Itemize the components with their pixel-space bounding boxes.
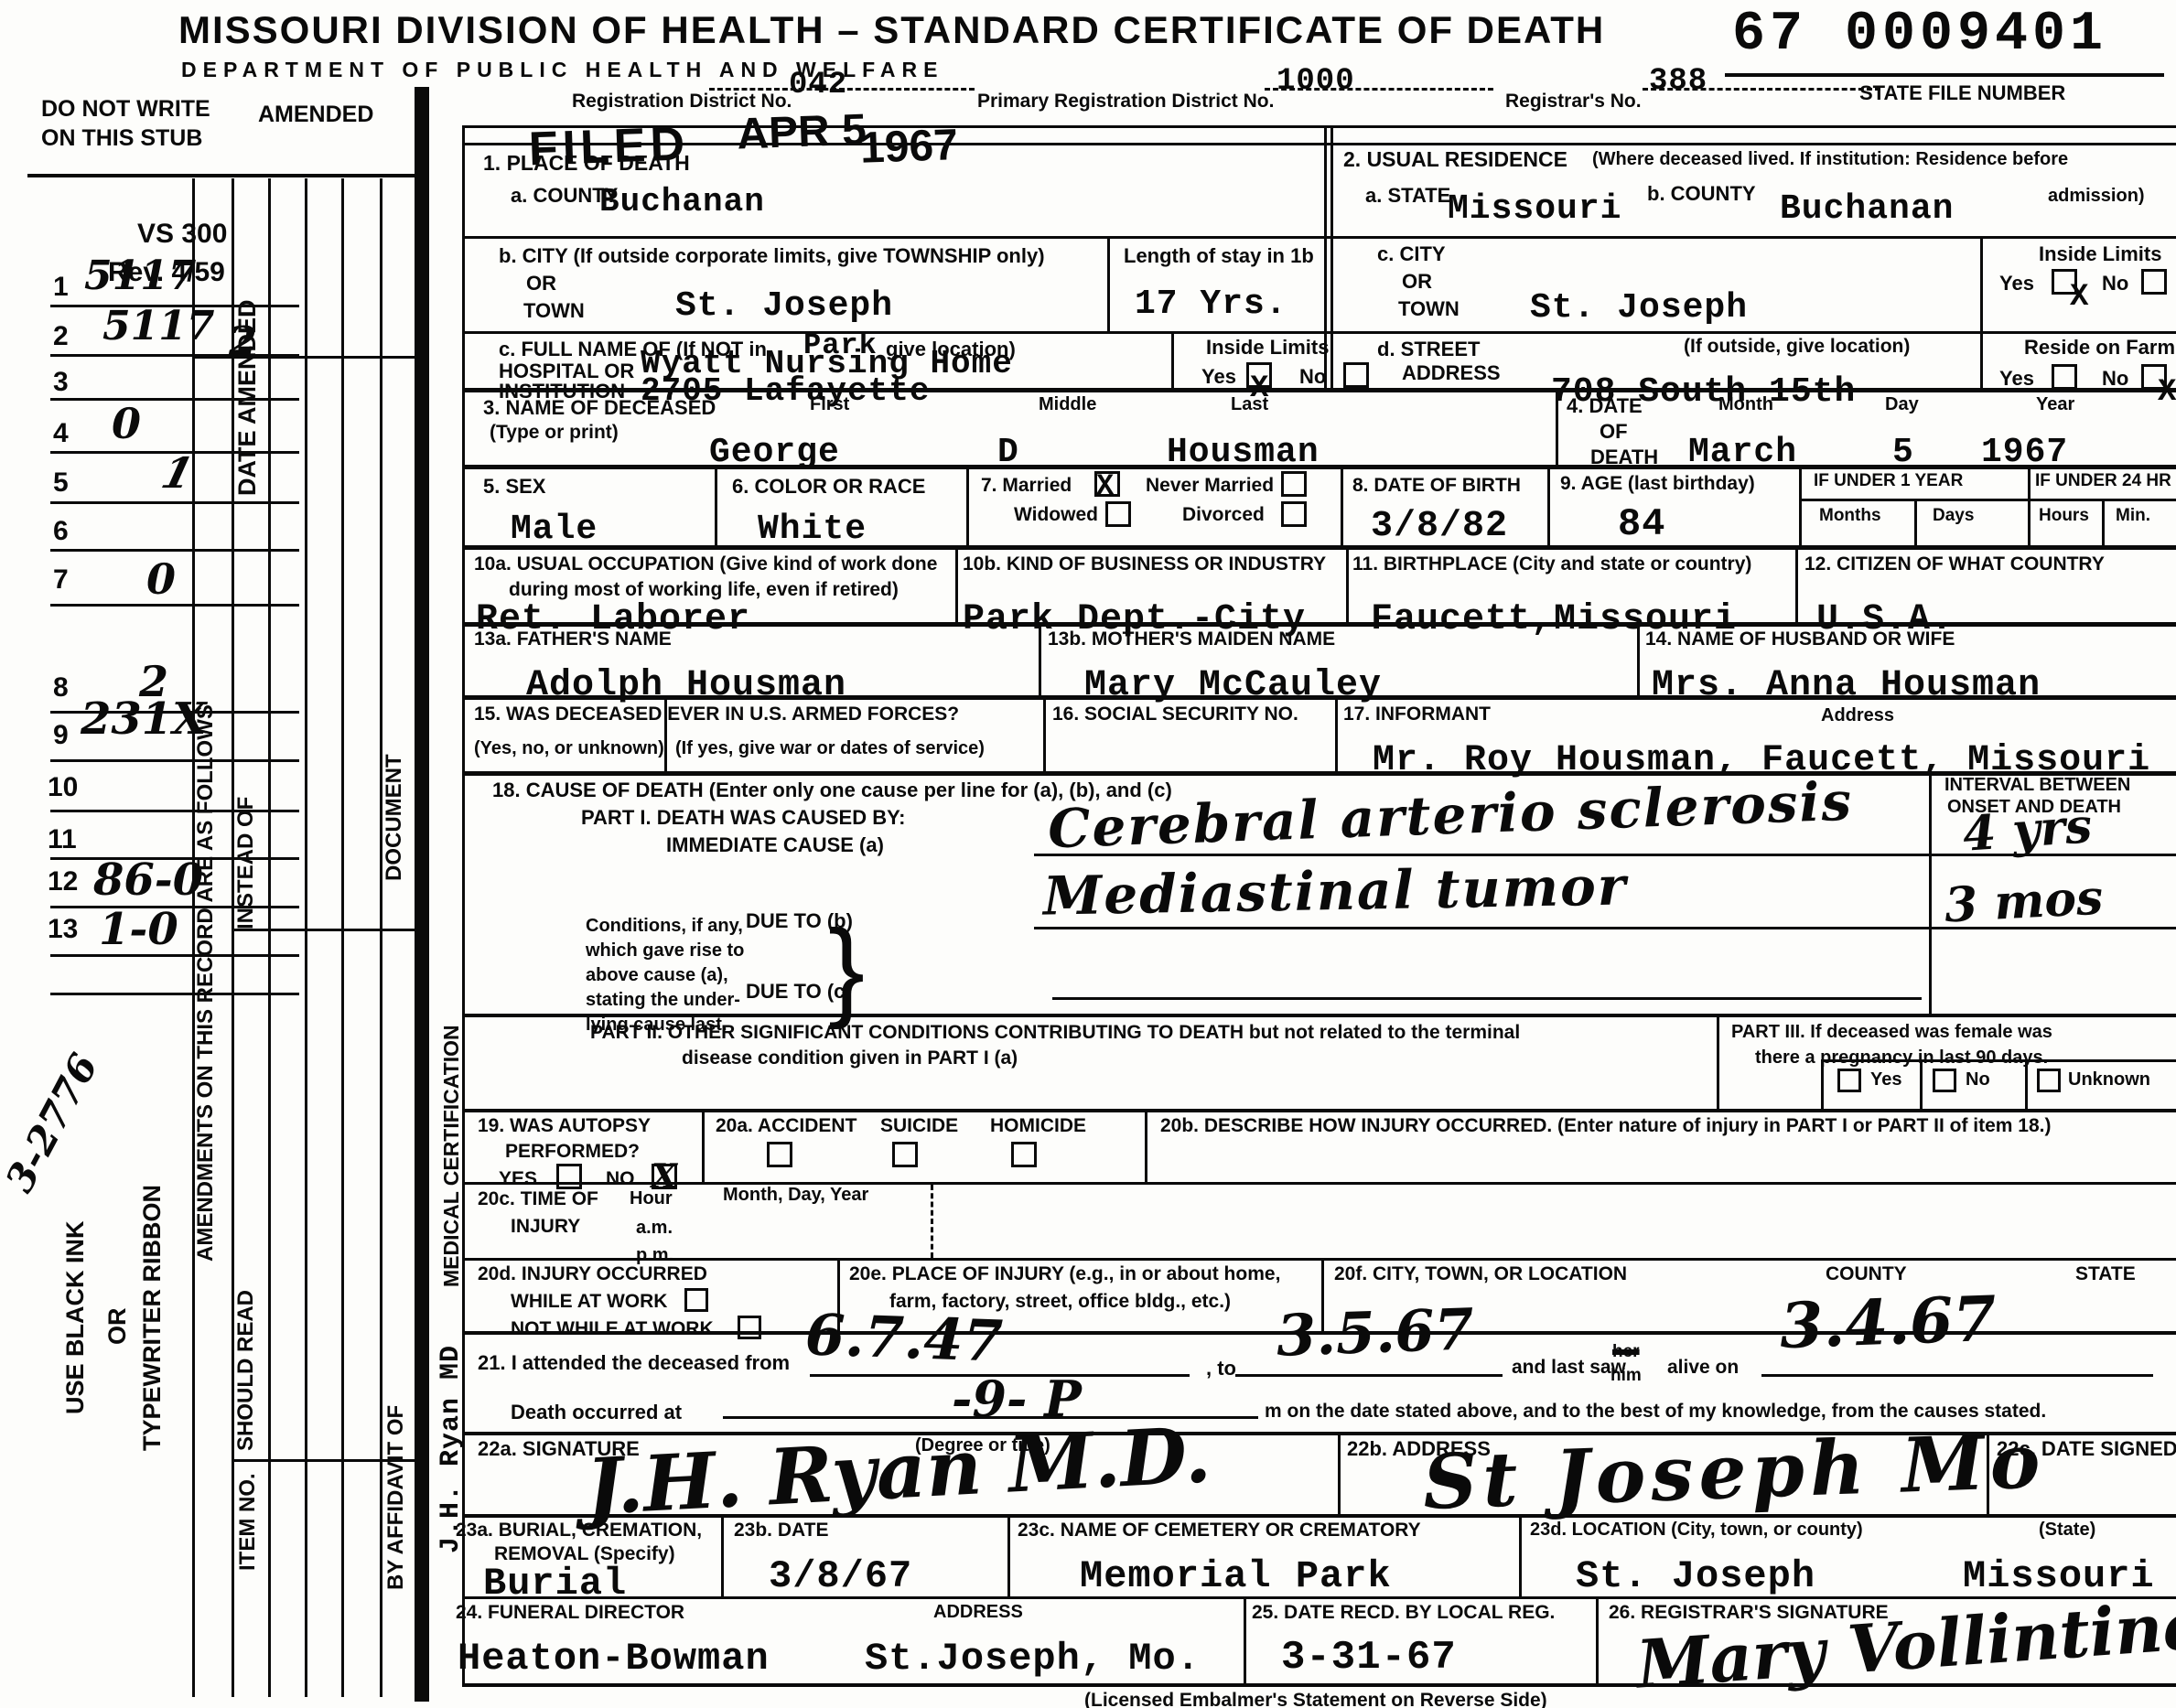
field-15-hint-a: (Yes, no, or unknown) [474,739,664,759]
stub-row-num: 3 [53,368,69,397]
rule [1519,1518,1522,1596]
field-2d-label: d. STREET [1377,338,1480,360]
rule [1929,773,1932,1015]
field-2a-label: a. STATE [1365,185,1450,207]
rule [27,174,419,177]
document-label: DOCUMENT [382,750,414,886]
rule [1338,1435,1341,1514]
conditions-note-2: which gave rise to [586,941,744,961]
checkbox-accident [767,1142,792,1167]
field-16-label: 16. SOCIAL SECURITY NO. [1052,704,1298,725]
checkbox-not-while-at-work [738,1316,761,1339]
rule [1795,547,1798,624]
hours-label: Hours [2039,507,2089,526]
attended-to-value: 3.5.67 [1276,1301,1475,1364]
checkbox-pregnancy-yes [1837,1069,1861,1092]
stub-row-num: 10 [48,773,78,802]
pregnancy-yes-label: Yes [1870,1070,1901,1090]
rule [462,236,2176,239]
rule [1107,236,1110,333]
filed-stamp-date: APR 5 [737,107,867,159]
field-23b-label: 23b. DATE [734,1520,828,1541]
inside-limits-1c-label: Inside Limits [1206,337,1329,359]
rule [341,178,344,1697]
field-2d-hint: (If outside, give location) [1684,337,1910,358]
inside-limits-2c-no: No [2102,273,2128,295]
field-20c-label: 20c. TIME OF [478,1189,598,1210]
rule [1341,467,1343,547]
rule [1171,331,1174,390]
medical-certification-label: MEDICAL CERTIFICATION [440,1004,471,1308]
field-20d-label: 20d. INJURY OCCURRED [478,1264,707,1285]
field-20f-county: COUNTY [1826,1264,1907,1285]
field-2-hint1: (Where deceased lived. If institution: R… [1592,150,2068,170]
under-24-hr-label: IF UNDER 24 HR [2035,472,2171,491]
stub-row-num: 6 [53,517,69,546]
field-3-last: Last [1231,395,1268,415]
rule [1547,467,1550,547]
burial-value: Burial [483,1564,627,1603]
field-2c-or: OR [1402,271,1432,293]
field-4-of: OF [1600,421,1628,443]
immediate-cause-label: IMMEDIATE CAUSE (a) [666,834,884,856]
form-code: VS 300 [137,220,227,249]
field-19-label: 19. WAS AUTOPSY [478,1116,651,1137]
inside-limits-2c-label: Inside Limits [2039,243,2161,265]
cause-b-handwriting: Mediastinal tumor [1043,859,1628,922]
field-23a-label: 23a. BURIAL, CREMATION, [456,1520,702,1541]
field-2b-value: Buchanan [1780,192,1954,227]
reside-on-farm-label: Reside on Farm [2024,337,2175,359]
field-1b-or: OR [526,273,556,295]
rule [462,1109,2176,1112]
deceased-first-name: George [709,435,840,470]
rule [1596,1599,1599,1683]
field-20e-label: 20e. PLACE OF INJURY (e.g., in or about … [849,1264,1280,1285]
rule [50,759,299,762]
state-file-number: 67 0009401 [1732,7,2107,62]
interval-b-handwriting: 3 mos [1944,875,2105,930]
rule [1043,697,1046,771]
part3-label-1: PART III. If deceased was female was [1731,1023,2052,1043]
rule [462,143,2176,145]
birth-date-value: 3/8/82 [1371,509,1508,545]
autopsy-yes-label: YES [499,1169,537,1190]
field-3-middle: Middle [1039,395,1096,415]
length-of-stay-label: Length of stay in 1b [1124,245,1314,267]
stub-row-num: 12 [48,867,78,897]
field-2c-value: St. Joseph [1530,291,1748,326]
checkbox-farm-yes [2052,364,2077,390]
field-9-label: 9. AGE (last birthday) [1560,474,1755,495]
field-1b-value: St. Joseph [675,289,893,324]
physician-address-handwriting: St Joseph Mo [1422,1423,2047,1520]
funeral-director-address-value: St.Joseph, Mo. [865,1639,1201,1678]
primary-district-value: 1000 [1277,66,1355,97]
field-21-text-b: , to [1206,1358,1236,1380]
field-21-text-e: Death occurred at [511,1402,682,1423]
checkbox-while-at-work [684,1288,708,1312]
field-15-hint-b: (If yes, give war or dates of service) [675,739,985,759]
under-1-year-label: IF UNDER 1 YEAR [1814,472,1963,491]
field-1-label: 1. PLACE OF DEATH [483,152,690,175]
field-21-text-d: alive on [1667,1358,1739,1379]
registration-district-value: 042 [789,70,847,101]
rule [305,178,307,1697]
rule [1052,997,1922,1000]
rule [462,1182,2176,1185]
pregnancy-no-label: No [1966,1070,1990,1090]
field-20c-mdy: Month, Day, Year [723,1186,868,1206]
stub-row-num: 13 [48,915,78,944]
checkbox-1c-no [1343,362,1369,388]
deceased-last-name: Housman [1167,435,1320,470]
stub-row-value: 5117 [84,256,196,296]
amendments-label: AMENDMENTS ON THIS RECORD ARE AS FOLLOWS [194,512,225,1455]
field-20d-notwhile: NOT WHILE AT WORK [511,1319,714,1340]
stub-row-num: 11 [48,825,77,854]
use-black-ink-label: USE BLACK INK [62,1169,93,1466]
checkbox-autopsy-yes [556,1164,582,1189]
stub-row-value: 0 [112,403,141,445]
rule [462,331,2176,334]
rule [415,87,429,1702]
rule [2028,467,2031,547]
field-19-label2: PERFORMED? [505,1142,640,1163]
months-label: Months [1819,507,1881,526]
rule [715,467,717,547]
field-21-text-c: and last saw [1512,1358,1626,1379]
inside-limits-1c-yes: Yes [1201,366,1236,388]
conditions-note-1: Conditions, if any, [586,917,743,937]
field-11-label: 11. BIRTHPLACE (City and state or countr… [1352,554,1751,575]
attended-from-value: 6.7.47 [804,1306,1004,1370]
field-15-label: 15. WAS DECEASED EVER IN U.S. ARMED FORC… [474,704,959,725]
rule [966,467,969,547]
field-4-month: Month [1718,395,1773,415]
field-14-label: 14. NAME OF HUSBAND OR WIFE [1645,629,1955,650]
field-20c-hour: Hour [630,1189,673,1209]
rule [1799,499,2176,501]
checkbox-never-married [1281,471,1307,497]
field-4-day: Day [1885,395,1919,415]
stub-row-value: 0 [146,558,176,600]
field-17-address-label: Address [1821,706,1894,726]
rule [1007,1518,1010,1596]
burial-location-value: St. Joseph [1576,1557,1815,1595]
checkbox-2c-no [2141,269,2167,295]
death-year-value: 1967 [1981,435,2068,470]
cemetery-value: Memorial Park [1080,1557,1392,1595]
rule [50,711,299,714]
rule [1244,1599,1246,1683]
rule [1235,1374,1503,1377]
field-21-him: him [1610,1367,1642,1386]
rule [192,356,419,359]
should-read-label: SHOULD READ [234,1283,265,1458]
rule [2102,499,2105,547]
checkbox-homicide [1011,1142,1037,1167]
rule [1725,73,2164,77]
field-13a-label: 13a. FATHER'S NAME [474,629,672,650]
rule [702,1111,705,1182]
sex-value: Male [511,512,598,547]
stub-row-value: 231X [81,697,206,741]
rule [1643,88,1880,91]
page-title: MISSOURI DIVISION OF HEALTH – STANDARD C… [178,9,1605,50]
checkbox-widowed [1105,501,1131,527]
part2-label-1: PART II. OTHER SIGNIFICANT CONDITIONS CO… [590,1023,1520,1044]
field-4-year: Year [2036,395,2074,415]
rule [1346,547,1349,624]
field-2a-value: Missouri [1448,192,1621,227]
due-to-b-label: DUE TO (b) [746,910,853,932]
field-3-sub: (Type or print) [490,423,619,444]
field-4-label: 4. DATE [1567,395,1643,417]
field-8-label: 8. DATE OF BIRTH [1352,476,1521,497]
rule [1761,1374,2153,1377]
checkbox-pregnancy-no [1933,1069,1956,1092]
field-20d-while: WHILE AT WORK [511,1292,667,1313]
race-value: White [758,512,867,547]
stub-row-value: 1-0 [99,908,178,951]
pregnancy-unknown-label: Unknown [2068,1070,2150,1090]
field-24-label: 24. FUNERAL DIRECTOR [456,1603,684,1624]
rule [462,1683,2176,1687]
stub-row-num: 5 [53,468,69,498]
conditions-note-3: above cause (a), [586,966,728,986]
registrar-no-value: 388 [1649,66,1707,97]
field-7-never-married: Never Married [1146,476,1274,497]
use-black-ink-or: OR [104,1299,135,1354]
autopsy-no-label: NO [606,1169,635,1190]
rule [931,1185,933,1258]
field-2-hint2: admission) [2048,187,2145,207]
inside-limits-2c-yes: Yes [1999,273,2034,295]
last-saw-alive-value: 3.4.67 [1779,1288,1998,1358]
field-10b-label: 10b. KIND OF BUSINESS OR INDUSTRY [963,554,1326,575]
date-received-value: 3-31-67 [1281,1638,1457,1678]
rule [268,178,271,1697]
rule [462,125,2176,128]
stub-row-value: 5117 [102,306,214,347]
rule [462,545,2176,550]
field-2b-label: b. COUNTY [1647,183,1756,205]
field-17-label: 17. INFORMANT [1343,704,1491,725]
field-1b-town: TOWN [523,300,585,322]
registrar-no-label: Registrar's No. [1505,91,1642,113]
deceased-middle-name: D [997,435,1019,470]
checkmark-married: X [1096,472,1115,501]
field-20c-am: a.m. [636,1219,673,1239]
rule [50,954,299,957]
field-20a-homicide: HOMICIDE [990,1116,1086,1137]
field-2d-label2: ADDRESS [1402,362,1501,384]
funeral-director-value: Heaton-Bowman [458,1639,770,1678]
field-24-address-label: ADDRESS [933,1603,1023,1623]
rule [380,178,382,1697]
date-amended-label: DATE AMENDED [234,183,265,613]
rule [955,547,958,624]
checkbox-suicide [892,1142,918,1167]
field-23d-state-label: (State) [2039,1520,2095,1541]
do-not-write-label: DO NOT WRITE [41,97,210,122]
state-file-number-label: STATE FILE NUMBER [1859,82,2065,104]
field-7-widowed: Widowed [1014,505,1098,526]
field-10a-label: 10a. USUAL OCCUPATION (Give kind of work… [474,554,937,575]
field-23c-label: 23c. NAME OF CEMETERY OR CREMATORY [1018,1520,1421,1541]
field-4-death: DEATH [1590,446,1658,468]
stub-row-num: 8 [53,673,69,703]
do-not-write-label2: ON THIS STUB [41,126,202,151]
filed-stamp-year: 1967 [859,122,959,173]
field-20f-state: STATE [2075,1264,2136,1285]
field-6-label: 6. COLOR OR RACE [732,476,925,498]
death-day-value: 5 [1892,435,1914,470]
burial-date-value: 3/8/67 [769,1557,912,1595]
field-22c-label: 22c. DATE SIGNED [1997,1438,2176,1460]
field-2c-label: c. CITY [1377,243,1446,265]
field-23d-label: 23d. LOCATION (City, town, or county) [1530,1520,1863,1541]
typewriter-ribbon-label: TYPEWRITER RIBBON [139,1157,170,1477]
checkmark-farm-no: X [2158,377,2176,408]
stub-row-num: 7 [53,565,69,595]
spouse-name-value: Mrs. Anna Housman [1652,668,2041,704]
rule [1265,88,1493,91]
checkbox-divorced [1281,501,1307,527]
farm-yes: Yes [1999,368,2034,390]
rule [462,1258,2176,1261]
field-3-first: First [810,395,849,415]
rule [1914,499,1917,547]
death-certificate-scan: MISSOURI DIVISION OF HEALTH – STANDARD C… [0,0,2176,1708]
father-name-value: Adolph Housman [526,668,846,704]
part1-label: PART I. DEATH WAS CAUSED BY: [581,807,905,829]
rule [1980,236,1983,390]
field-1a-value: Buchanan [599,186,765,219]
rule [50,993,299,995]
rule [1717,1015,1719,1109]
stub-row-value: 86-0 [93,858,203,902]
field-21-text-f: m on the date stated above, and to the b… [1265,1402,2046,1423]
field-20a-accident: 20a. ACCIDENT [716,1116,856,1137]
inside-limits-1c-no: No [1299,366,1326,388]
field-2-label: 2. USUAL RESIDENCE [1343,148,1567,171]
field-20b-label: 20b. DESCRIBE HOW INJURY OCCURRED. (Ente… [1160,1116,2052,1137]
field-10a-label2: during most of working life, even if ret… [509,580,899,601]
rule [721,1518,724,1596]
field-3-label: 3. NAME OF DECEASED [483,397,716,419]
part2-label-2: disease condition given in PART I (a) [682,1048,1018,1069]
field-7-married: 7. Married [981,476,1072,497]
field-12-label: 12. CITIZEN OF WHAT COUNTRY [1804,554,2105,575]
stub-row-num: 9 [53,721,69,750]
field-21-her: her [1612,1343,1640,1362]
stub-row-num: 1 [53,273,69,302]
rule [1799,467,1802,547]
rule [1145,1111,1147,1182]
length-of-stay-value: 17 Yrs. [1135,287,1287,322]
field-2c-town: TOWN [1398,298,1460,320]
min-label: Min. [2116,507,2150,526]
burial-state-value: Missouri [1963,1557,2155,1595]
field-25-label: 25. DATE RECD. BY LOCAL REG. [1252,1603,1555,1624]
rule [1335,697,1338,771]
field-20f-label: 20f. CITY, TOWN, OR LOCATION [1334,1264,1627,1285]
footer-note: (Licensed Embalmer's Statement on Revers… [1084,1691,1547,1708]
field-13b-label: 13b. MOTHER'S MAIDEN NAME [1048,629,1335,650]
interval-label-1: INTERVAL BETWEEN [1944,776,2130,796]
checkmark-2c-yes: X [2070,282,2089,313]
field-7-divorced: Divorced [1182,505,1265,526]
vertical-typed-name: J.H. Ryan MD [437,1306,474,1592]
item-no-label: ITEM NO. [236,1473,267,1572]
field-20a-suicide: SUICIDE [880,1116,958,1137]
stub-row-num: 4 [53,419,69,448]
part3-label-2: there a pregnancy in last 90 days. [1755,1048,2048,1069]
field-20c-injury: INJURY [511,1217,580,1238]
death-month-value: March [1688,435,1797,470]
amended-label: AMENDED [258,102,373,127]
stub-row-num: 2 [53,322,69,351]
interval-a-handwriting: 4 yrs [1961,802,2093,859]
field-5-label: 5. SEX [483,476,545,498]
due-to-c-label: DUE TO (c) [746,981,852,1003]
rule [1330,125,1333,391]
checkbox-pregnancy-unknown [2037,1069,2061,1092]
field-1b-label: b. CITY (If outside corporate limits, gi… [499,245,1045,267]
by-affidavit-label: BY AFFIDAVIT OF [384,1380,415,1616]
rule [709,88,975,91]
conditions-note-4: stating the under- [586,991,740,1011]
mother-name-value: Mary McCauley [1084,668,1382,704]
days-label: Days [1933,507,1974,526]
farm-no: No [2102,368,2128,390]
instead-of-label: INSTEAD OF [234,794,265,931]
field-21-text-a: 21. I attended the deceased from [478,1352,790,1374]
age-value: 84 [1618,505,1665,543]
